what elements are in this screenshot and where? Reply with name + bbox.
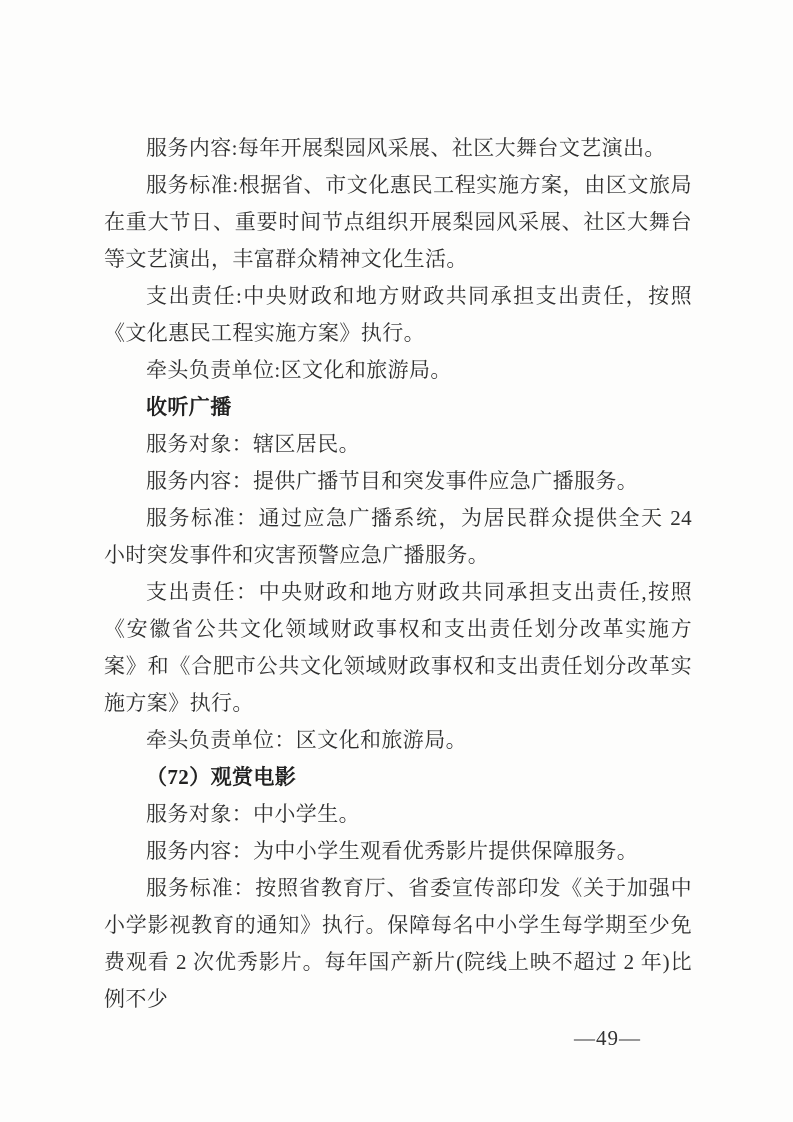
paragraph: 服务标准：通过应急广播系统，为居民群众提供全天 24 小时突发事件和灾害预警应急… <box>104 500 692 574</box>
paragraph: 服务标准:根据省、市文化惠民工程实施方案，由区文旅局在重大节日、重要时间节点组织… <box>104 167 692 278</box>
paragraph: 服务内容：为中小学生观看优秀影片提供保障服务。 <box>104 833 692 870</box>
paragraph: 支出责任：中央财政和地方财政共同承担支出责任,按照《安徽省公共文化领域财政事权和… <box>104 574 692 722</box>
paragraph: 服务内容:每年开展梨园风采展、社区大舞台文艺演出。 <box>104 130 692 167</box>
paragraph: 牵头负责单位：区文化和旅游局。 <box>104 722 692 759</box>
section-heading: （72）观赏电影 <box>104 759 692 796</box>
section-heading: 收听广播 <box>104 389 692 426</box>
paragraph: 服务对象：中小学生。 <box>104 796 692 833</box>
paragraph: 牵头负责单位:区文化和旅游局。 <box>104 352 692 389</box>
paragraph: 服务内容：提供广播节目和突发事件应急广播服务。 <box>104 463 692 500</box>
document-page: 服务内容:每年开展梨园风采展、社区大舞台文艺演出。服务标准:根据省、市文化惠民工… <box>0 0 793 1122</box>
page-number: —49— <box>0 1026 793 1051</box>
paragraph: 服务标准：按照省教育厅、省委宣传部印发《关于加强中小学影视教育的通知》执行。保障… <box>104 870 692 1018</box>
paragraph: 支出责任:中央财政和地方财政共同承担支出责任，按照《文化惠民工程实施方案》执行。 <box>104 278 692 352</box>
document-body: 服务内容:每年开展梨园风采展、社区大舞台文艺演出。服务标准:根据省、市文化惠民工… <box>104 130 692 1018</box>
paragraph: 服务对象：辖区居民。 <box>104 426 692 463</box>
